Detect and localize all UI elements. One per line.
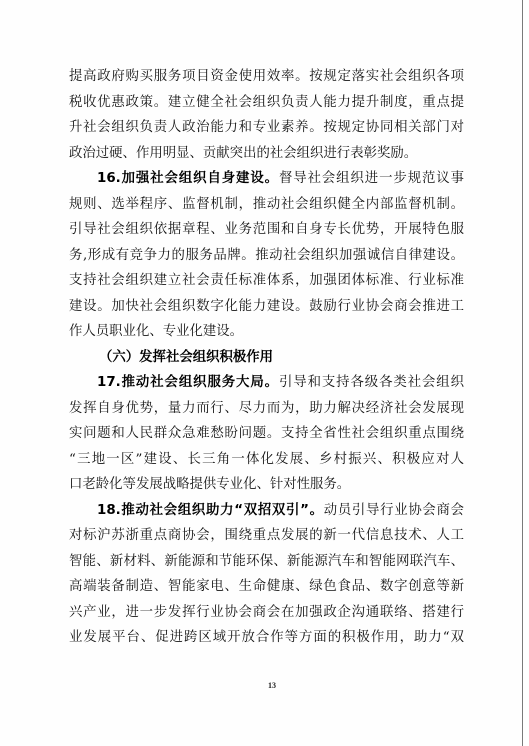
- text-line: 业发展平台、促进跨区域开放合作等方面的积极作用，助力“双: [69, 625, 464, 651]
- text-run: 督导社会组织进一步规范议事: [279, 171, 464, 186]
- paragraph-16-heading: 16.加强社会组织自身建设。: [97, 171, 279, 186]
- paragraph-18-first-line: 18.推动社会组织助力“双招双引”。动员引导行业协会商会: [69, 498, 464, 524]
- section-6-heading: （六）发挥社会组织积极作用: [69, 345, 464, 371]
- text-line: 口老龄化等发展战略提供专业化、针对性服务。: [69, 472, 464, 498]
- text-line: 发挥自身优势，量力而行、尽力而为，助力解决经济社会发展现: [69, 396, 464, 422]
- text-line: 实问题和人民群众急难愁盼问题。支持全省性社会组织重点围绕: [69, 421, 464, 447]
- text-line: 建设。加快社会组织数字化能力建设。鼓励行业协会商会推进工: [69, 294, 464, 320]
- text-line: 高端装备制造、智能家电、生命健康、绿色食品、数字创意等新: [69, 574, 464, 600]
- paragraph-18-heading: 18.推动社会组织助力“双招双引”。: [97, 503, 324, 518]
- text-run: 动员引导行业协会商会: [324, 503, 464, 518]
- text-line: 支持社会组织建立社会责任标准体系，加强团体标准、行业标准: [69, 268, 464, 294]
- text-line: 务,形成有竞争力的服务品牌。推动社会组织加强诚信自律建设。: [69, 243, 464, 269]
- document-body: 提高政府购买服务项目资金使用效率。按规定落实社会组织各项 税收优惠政策。建立健全…: [69, 64, 464, 651]
- text-line: 提高政府购买服务项目资金使用效率。按规定落实社会组织各项: [69, 64, 464, 90]
- text-run: 引导和支持各级各类社会组织: [279, 375, 464, 390]
- text-line: 兴产业，进一步发挥行业协会商会在加强政企沟通联络、搭建行: [69, 600, 464, 626]
- paragraph-16-first-line: 16.加强社会组织自身建设。督导社会组织进一步规范议事: [69, 166, 464, 192]
- text-line: 智能、新材料、新能源和节能环保、新能源汽车和智能网联汽车、: [69, 549, 464, 575]
- paragraph-17-first-line: 17.推动社会组织服务大局。引导和支持各级各类社会组织: [69, 370, 464, 396]
- text-line: 作人员职业化、专业化建设。: [69, 319, 464, 345]
- text-line: 税收优惠政策。建立健全社会组织负责人能力提升制度，重点提: [69, 90, 464, 116]
- text-line: 对标沪苏浙重点商协会，围绕重点发展的新一代信息技术、人工: [69, 523, 464, 549]
- text-line: 规则、选举程序、监督机制，推动社会组织健全内部监督机制。: [69, 192, 464, 218]
- paragraph-17-heading: 17.推动社会组织服务大局。: [97, 375, 279, 390]
- text-line: 升社会组织负责人政治能力和专业素养。按规定协同相关部门对: [69, 115, 464, 141]
- text-line: 引导社会组织依据章程、业务范围和自身专长优势，开展特色服: [69, 217, 464, 243]
- page-number: 13: [262, 681, 282, 690]
- text-line: “三地一区”建设、长三角一体化发展、乡村振兴、积极应对人: [69, 447, 464, 473]
- text-line: 政治过硬、作用明显、贡献突出的社会组织进行表彰奖励。: [69, 141, 464, 167]
- document-page: 提高政府购买服务项目资金使用效率。按规定落实社会组织各项 税收优惠政策。建立健全…: [0, 0, 523, 746]
